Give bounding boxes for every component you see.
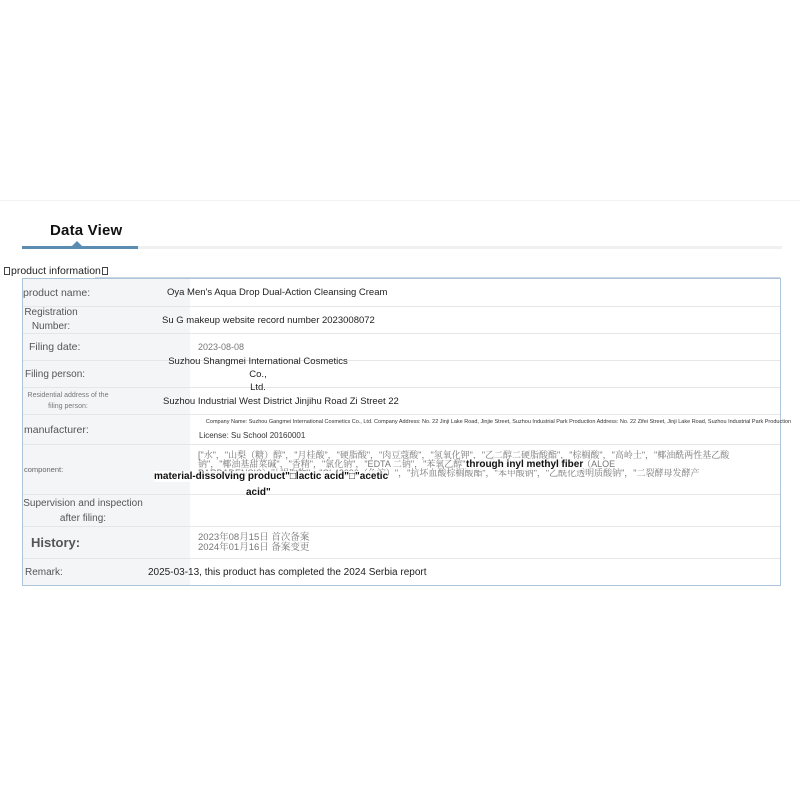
label-component: component: <box>23 445 190 494</box>
caret-up-icon <box>72 241 82 246</box>
row-product-name: product name: Oya Men's Aqua Drop Dual-A… <box>23 279 780 307</box>
label-residential-address: Residential address of the filing person… <box>23 388 113 414</box>
value-residential-address: Suzhou Industrial West District Jinjihu … <box>163 388 780 414</box>
row-remark: Remark: 2025-03-13, this product has com… <box>23 559 780 585</box>
value-text: Oya Men's Aqua Drop Dual-Action Cleansin… <box>167 287 387 298</box>
row-history: History: 2023年08月15日 首次备案 2024年01月16日 备案… <box>23 527 780 559</box>
value-text: 2023-08-08 <box>198 342 244 352</box>
label-manufacturer: manufacturer: <box>23 415 190 444</box>
value-text: Su G makeup website record number 202300… <box>162 315 375 326</box>
value-product-name: Oya Men's Aqua Drop Dual-Action Cleansin… <box>167 279 780 306</box>
label-supervision: Supervision and inspection after filing: <box>23 495 143 526</box>
row-filing-date: Filing date: 2023-08-08 <box>23 334 780 361</box>
value-remark: 2025-03-13, this product has completed t… <box>148 559 780 585</box>
tab-underline <box>22 246 782 249</box>
label-text: Filing person: <box>25 369 85 380</box>
value-filing-person: Suzhou Shangmei International Cosmetics … <box>163 361 353 387</box>
row-manufacturer: manufacturer: Company Name: Suzhou Gangm… <box>23 415 780 445</box>
bracket-icon <box>102 267 108 275</box>
section-title: product information <box>3 265 109 277</box>
label-text: Remark: <box>25 567 63 578</box>
component-overlay-text: acid" <box>246 487 271 498</box>
value-history: 2023年08月15日 首次备案 2024年01月16日 备案变更 <box>198 527 780 558</box>
row-registration-number: Registration Number: Su G makeup website… <box>23 307 780 334</box>
bracket-icon <box>4 267 10 275</box>
label-registration-number: Registration Number: <box>23 307 79 333</box>
row-residential-address: Residential address of the filing person… <box>23 388 780 415</box>
license-text: License: Su School 20160001 <box>199 431 305 440</box>
label-history: History: <box>23 527 190 558</box>
row-supervision: Supervision and inspection after filing: <box>23 495 780 527</box>
label-text: product name: <box>23 287 90 299</box>
label-text: Filing date: <box>29 341 80 353</box>
value-text: Suzhou Industrial West District Jinjihu … <box>163 396 399 407</box>
value-supervision <box>190 495 780 526</box>
history-entry: 2024年01月16日 备案变更 <box>198 543 309 553</box>
label-text: Registration Number: <box>23 306 79 334</box>
row-component: component: ["水"，"山梨（糖）醇"，"月桂酸"，"硬脂酸"，"肉豆… <box>23 445 780 495</box>
component-overlay-text: material-dissolving product"□lactic acid… <box>154 471 388 482</box>
label-text: History: <box>31 535 80 550</box>
tab-active-indicator <box>22 246 138 249</box>
value-text: Suzhou Shangmei International Cosmetics … <box>163 355 353 381</box>
tab-data-view[interactable]: Data View <box>50 222 122 239</box>
label-text: Supervision and inspection after filing: <box>23 496 143 526</box>
company-info: Company Name: Suzhou Gangmei Internation… <box>205 418 792 426</box>
value-registration-number: Su G makeup website record number 202300… <box>162 307 780 333</box>
component-overlay-text: through inyl methyl fiber <box>466 459 583 470</box>
label-text: Residential address of the filing person… <box>23 390 113 412</box>
label-text: component: <box>24 465 63 474</box>
value-text: 2025-03-13, this product has completed t… <box>148 567 427 578</box>
row-filing-person: Filing person: Suzhou Shangmei Internati… <box>23 361 780 388</box>
label-product-name: product name: <box>23 279 190 306</box>
product-info-table: product name: Oya Men's Aqua Drop Dual-A… <box>22 278 781 586</box>
label-text: manufacturer: <box>24 424 89 436</box>
history-entry: 2023年08月15日 首次备案 <box>198 533 309 543</box>
value-manufacturer: Company Name: Suzhou Gangmei Internation… <box>199 415 792 444</box>
